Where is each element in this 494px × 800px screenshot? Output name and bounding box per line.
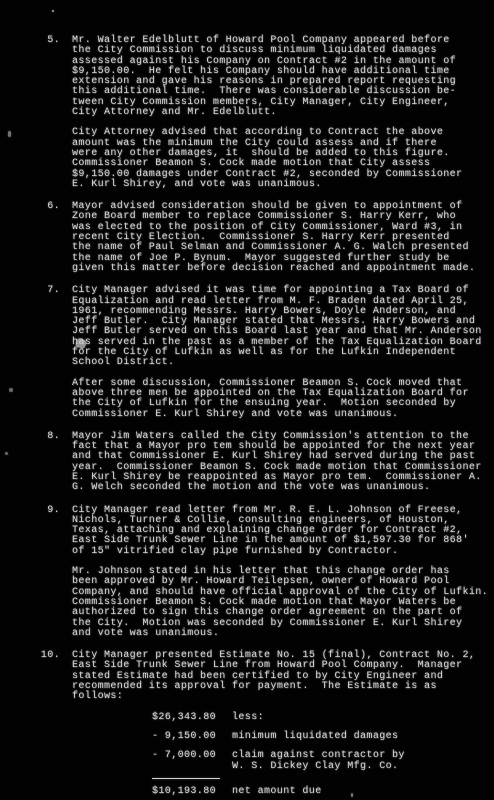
estimate-row: - 7,000.00 claim against contractor by W… — [152, 751, 494, 772]
estimate-description: net amount due — [232, 787, 322, 797]
item-number: 6. — [40, 202, 60, 274]
scan-artifact — [351, 793, 353, 797]
minutes-item-6: 6. Mayor advised consideration should be… — [0, 202, 494, 274]
item-number: 7. — [40, 286, 60, 420]
minutes-paragraph: Mr. Johnson stated in his letter that th… — [72, 567, 494, 639]
estimate-description: claim against contractor by W. S. Dickey… — [232, 751, 405, 772]
scan-artifact — [8, 131, 11, 137]
scan-artifact — [9, 388, 13, 392]
item-body: City Manager advised it was time for app… — [72, 286, 494, 420]
estimate-description: minimum liquidated damages — [232, 732, 398, 742]
document-page: 5. Mr. Walter Edelblutt of Howard Pool C… — [0, 0, 494, 800]
minutes-paragraph: City Manager advised it was time for app… — [72, 286, 494, 368]
minutes-paragraph: City Manager presented Estimate No. 15 (… — [72, 651, 494, 702]
estimate-description: less: — [232, 713, 264, 723]
scan-artifact — [5, 452, 8, 455]
scan-artifact — [52, 10, 54, 12]
estimate-total-row: $10,193.80 net amount due — [152, 787, 494, 797]
minutes-item-5: 5. Mr. Walter Edelblutt of Howard Pool C… — [0, 36, 494, 190]
item-number: 8. — [40, 432, 60, 494]
subtotal-rule — [152, 778, 220, 779]
item-number: 5. — [40, 36, 60, 190]
minutes-paragraph: Mr. Walter Edelblutt of Howard Pool Comp… — [72, 36, 494, 118]
minutes-paragraph: City Manager read letter from Mr. R. E. … — [72, 506, 494, 557]
estimate-row: $26,343.80 less: — [152, 713, 494, 723]
minutes-paragraph: Mayor advised consideration should be gi… — [72, 202, 494, 274]
minutes-item-9: 9. City Manager read letter from Mr. R. … — [0, 506, 494, 640]
estimate-amount: $26,343.80 — [152, 713, 218, 723]
estimate-amount: - 9,150.00 — [152, 732, 218, 742]
minutes-paragraph: City Attorney advised that according to … — [72, 128, 494, 190]
minutes-paragraph: After some discussion, Commissioner Beam… — [72, 379, 494, 420]
item-body: City Manager presented Estimate No. 15 (… — [72, 651, 494, 797]
minutes-paragraph: Mayor Jim Waters called the City Commiss… — [72, 432, 494, 494]
item-number: 9. — [40, 506, 60, 640]
item-body: Mayor advised consideration should be gi… — [72, 202, 494, 274]
estimate-amount: - 7,000.00 — [152, 751, 218, 772]
minutes-item-10: 10. City Manager presented Estimate No. … — [0, 651, 494, 797]
item-body: City Manager read letter from Mr. R. E. … — [72, 506, 494, 640]
item-body: Mr. Walter Edelblutt of Howard Pool Comp… — [72, 36, 494, 190]
estimate-table: $26,343.80 less: - 9,150.00 minimum liqu… — [152, 713, 494, 797]
item-body: Mayor Jim Waters called the City Commiss… — [72, 432, 494, 494]
estimate-amount: $10,193.80 — [152, 787, 218, 797]
minutes-item-8: 8. Mayor Jim Waters called the City Comm… — [0, 432, 494, 494]
estimate-row: - 9,150.00 minimum liquidated damages — [152, 732, 494, 742]
item-number: 10. — [40, 651, 60, 797]
minutes-item-7: 7. City Manager advised it was time for … — [0, 286, 494, 420]
